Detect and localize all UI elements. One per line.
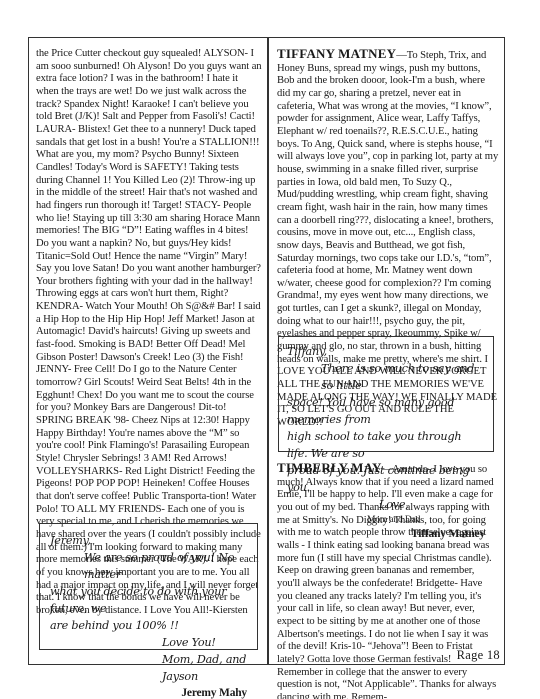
tiffany-greeting: Tiffany, bbox=[287, 343, 485, 360]
tiffany-dash: — bbox=[396, 50, 407, 61]
tiffany-parent-message-box: Tiffany, There is so much to say and so … bbox=[278, 336, 494, 452]
timberly-tribute: TIMBERLY MAY—Amanda- I love you so much!… bbox=[277, 462, 499, 699]
column-divider bbox=[267, 37, 269, 665]
timberly-dash: — bbox=[382, 464, 393, 475]
jeremy-closing: Love You! bbox=[50, 634, 247, 651]
timberly-name-heading: TIMBERLY MAY bbox=[277, 460, 382, 475]
jeremy-message-line-2: what you decide to do with your future, … bbox=[50, 583, 247, 617]
jeremy-greeting: Jeremy, bbox=[50, 532, 247, 549]
tiffany-message-line-2: space! You have so many good memories fr… bbox=[287, 394, 485, 428]
tiffany-message-line-1: There is so much to say and so little bbox=[287, 360, 485, 394]
tiffany-message-line-3: high school to take you through life. We… bbox=[287, 428, 485, 462]
jeremy-message-line-3: are behind you 100% !! bbox=[50, 617, 247, 634]
page-number: Rage 18 bbox=[457, 648, 500, 663]
jeremy-signers: Mom, Dad, and Jayson bbox=[50, 651, 247, 685]
timberly-section: TIMBERLY MAY—Amanda- I love you so much!… bbox=[277, 462, 499, 699]
tiffany-name-heading: TIFFANY MATNEY bbox=[277, 46, 396, 61]
jeremy-senior-name: Jeremy Mahy bbox=[50, 685, 247, 699]
jeremy-parent-message-box: Jeremy, We are so proud of you! No matte… bbox=[39, 523, 258, 650]
timberly-tribute-text: Amanda- I love you so much! Always know … bbox=[277, 464, 496, 699]
tiffany-tribute-text: To Steph, Trix, and Honey Buns, spread m… bbox=[277, 50, 498, 365]
jeremy-message-line-1: We are so proud of you! No matter bbox=[50, 549, 247, 583]
